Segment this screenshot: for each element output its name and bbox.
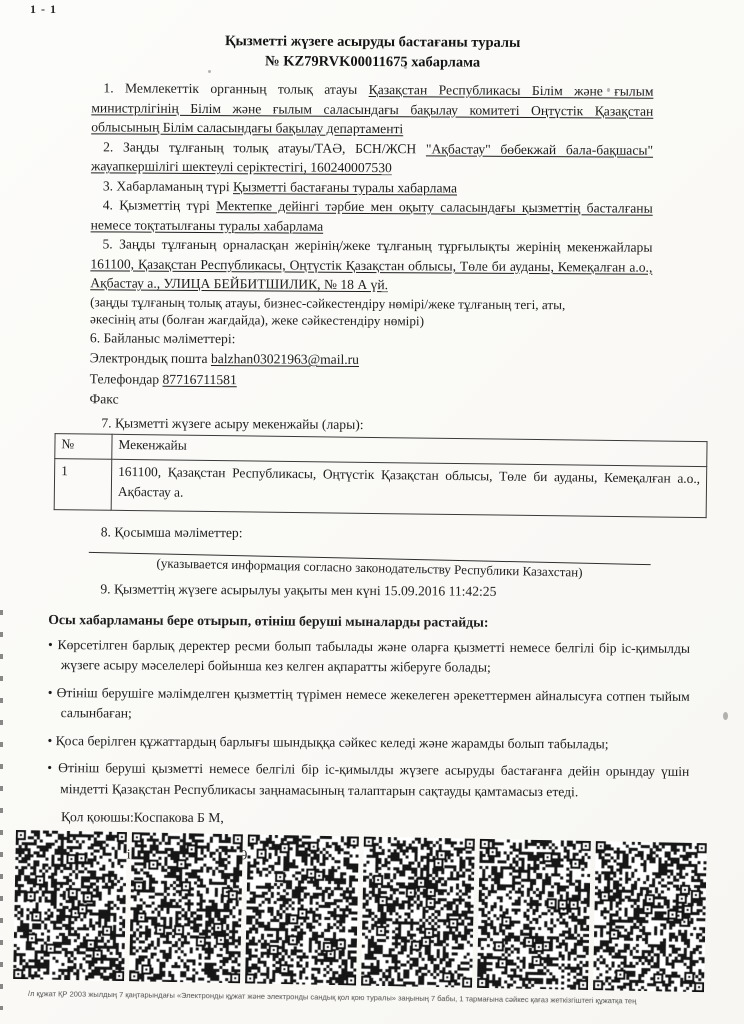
barcode-strip bbox=[13, 830, 707, 992]
scan-speck bbox=[723, 712, 728, 720]
field-2-legal-entity: 2. Заңды тұлғаның толық атауы/ТАӘ, БСН/Ж… bbox=[91, 137, 653, 179]
phone-label: Телефондар bbox=[90, 371, 163, 386]
document-title: Қызметті жүзеге асыруды бастағаны туралы… bbox=[92, 30, 654, 73]
header-cell-number: № bbox=[55, 434, 112, 460]
row-cell-number: 1 bbox=[54, 459, 112, 511]
confirmation-item: Өтініш берушіге мәлімделген қызметтің тү… bbox=[48, 683, 690, 728]
address-table-wrapper: № Мекенжайы 1 161100, Қазақстан Республи… bbox=[54, 433, 708, 518]
field-3-value: Қызметті бастағаны туралы хабарлама bbox=[233, 179, 457, 195]
contact-phone-line: Телефондар 87716711581 bbox=[90, 369, 652, 392]
scanned-document-page: 1 - 1 Қызметті жүзеге асыруды бастағаны … bbox=[0, 0, 744, 1024]
document-title-line2: № KZ79RVK00011675 хабарлама bbox=[92, 50, 654, 73]
address-table-row: 1 161100, Қазақстан Республикасы, Оңтүст… bbox=[54, 459, 707, 518]
confirmation-section: Осы хабарламаны бере отырып, өтініш беру… bbox=[47, 610, 691, 868]
scan-speck bbox=[208, 70, 211, 73]
additional-info-fill-line: (указывается информация согласно законод… bbox=[88, 551, 650, 581]
barcode-block bbox=[245, 834, 359, 985]
signer-line: Қол қоюшы:Коспакова Б М, bbox=[61, 807, 689, 831]
scan-edge-artifacts bbox=[0, 610, 3, 1010]
email-value: balzhan03021963@mail.ru bbox=[211, 351, 359, 367]
scan-speck bbox=[404, 66, 407, 69]
field-7-heading: 7. Қызметті жүзеге асыру мекенжайы (лары… bbox=[89, 413, 651, 436]
scan-speck bbox=[607, 88, 610, 92]
confirmation-item: Көрсетілген барлық деректер ресми болып … bbox=[48, 635, 690, 680]
barcode-block bbox=[361, 837, 475, 988]
address-table: № Мекенжайы 1 161100, Қазақстан Республи… bbox=[54, 433, 708, 518]
barcode-block bbox=[13, 830, 127, 981]
field-6-heading: 6. Байланыс мәліметтері: bbox=[90, 328, 652, 351]
document-content: Қызметті жүзеге асыруды бастағаны туралы… bbox=[0, 0, 744, 868]
field-9-datetime: 9. Қызметтің жүзеге асырылуы уақыты мен … bbox=[88, 579, 650, 602]
field-8-heading: 8. Қосымша мәліметтер: bbox=[89, 522, 651, 545]
contact-fax-line: Факс bbox=[90, 389, 652, 412]
barcode-block bbox=[593, 841, 707, 992]
barcode-block bbox=[129, 832, 243, 983]
field-5-address: 5. Заңды тұлғаның орналасқан жерінің/жек… bbox=[90, 234, 652, 296]
field-5-footnote-line2: әкесінің аты (болған жағдайда), жеке сәй… bbox=[90, 311, 424, 328]
field-1-label: 1. Мемлекеттік органның толық атауы bbox=[103, 80, 368, 97]
field-5-footnote-line1: (заңды тұлғаның толық атауы, бизнес-сәйк… bbox=[90, 294, 565, 312]
legal-footer-text: /л құжат ҚР 2003 жылдың 7 қаңтарындағы «… bbox=[28, 989, 734, 1007]
field-4-service-type: 4. Қызметтің түрі Мектепке дейінгі тәрби… bbox=[91, 195, 653, 237]
field-5-label: 5. Заңды тұлғаның орналасқан жерінің/жек… bbox=[102, 236, 652, 254]
email-label: Электрондық пошта bbox=[90, 350, 211, 366]
field-1-state-organ: 1. Мемлекеттік органның толық атауы Қаза… bbox=[91, 78, 653, 140]
confirmation-item: Қоса берілген құжаттардың барлығы шындық… bbox=[47, 731, 689, 755]
field-4-label: 4. Қызметтің түрі bbox=[103, 197, 217, 213]
field-5-value: 161100, Қазақстан Республикасы, Оңтүстік… bbox=[90, 256, 652, 292]
contact-email-line: Электрондық пошта balzhan03021963@mail.r… bbox=[90, 348, 652, 371]
phone-value: 87716711581 bbox=[162, 371, 236, 386]
field-5-footnote: (заңды тұлғаның толық атауы, бизнес-сәйк… bbox=[90, 293, 652, 330]
field-2-label: 2. Заңды тұлғаның толық атауы/ТАӘ, БСН/Ж… bbox=[103, 139, 426, 156]
confirmation-list: Көрсетілген барлық деректер ресми болып … bbox=[47, 635, 690, 803]
field-3-label: 3. Хабарламаның түрі bbox=[103, 178, 233, 194]
barcode-block bbox=[477, 839, 591, 990]
row-cell-address: 161100, Қазақстан Республикасы, Оңтүстік… bbox=[111, 459, 707, 517]
confirmation-item: Өтініш беруші қызметті немесе белгілі бі… bbox=[47, 758, 689, 803]
confirmation-lead: Осы хабарламаны бере отырып, өтініш беру… bbox=[48, 610, 690, 634]
